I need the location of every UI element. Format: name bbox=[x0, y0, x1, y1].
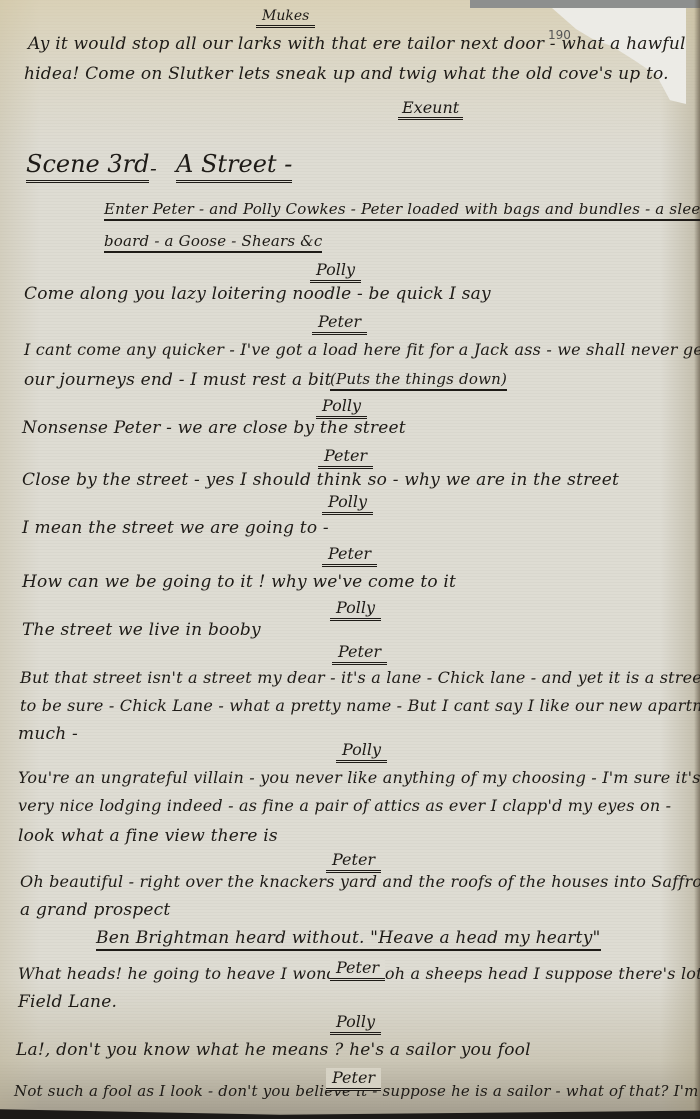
stage-direction-enter: Enter Peter - and Polly Cowkes - Peter l… bbox=[104, 200, 700, 221]
stage-direction-enter: board - a Goose - Shears &c bbox=[104, 232, 322, 253]
speaker-polly: Polly bbox=[336, 740, 387, 763]
dialogue-line: But that street isn't a street my dear -… bbox=[20, 668, 700, 687]
speaker-peter: Peter bbox=[312, 312, 367, 335]
dialogue-line: Nonsense Peter - we are close by the str… bbox=[22, 418, 406, 438]
dialogue-line: Field Lane. bbox=[18, 992, 117, 1012]
dialogue-line: a grand prospect bbox=[20, 900, 170, 920]
manuscript-page: 190 Mukes Ay it would stop all our larks… bbox=[0, 0, 700, 1119]
speaker-polly: Polly bbox=[310, 260, 361, 283]
page-edge-shadow bbox=[694, 0, 700, 1119]
dialogue-line: much - bbox=[18, 724, 78, 744]
scene-number: Scene 3rd bbox=[26, 150, 149, 183]
scene-setting: A Street - bbox=[176, 150, 292, 183]
dialogue-line: hidea! Come on Slutker lets sneak up and… bbox=[24, 64, 669, 84]
dialogue-line: Oh beautiful - right over the knackers y… bbox=[20, 872, 700, 891]
speaker-peter: Peter bbox=[326, 850, 381, 873]
torn-corner bbox=[552, 8, 686, 104]
speaker-peter: Peter bbox=[332, 642, 387, 665]
dialogue-line: La!, don't you know what he means ? he's… bbox=[16, 1040, 531, 1060]
dialogue-line: Come along you lazy loitering noodle - b… bbox=[24, 284, 491, 304]
stage-direction: (Puts the things down) bbox=[330, 370, 507, 391]
speaker-peter: Peter bbox=[330, 958, 385, 981]
dialogue-line: very nice lodging indeed - as fine a pai… bbox=[18, 796, 671, 815]
speaker-polly: Polly bbox=[330, 598, 381, 621]
dialogue-line: to be sure - Chick Lane - what a pretty … bbox=[20, 696, 700, 715]
speaker-mukes: Mukes bbox=[256, 8, 315, 28]
dialogue-line: Close by the street - yes I should think… bbox=[22, 470, 619, 490]
speaker-polly: Polly bbox=[322, 492, 373, 515]
dialogue-line: our journeys end - I must rest a bit bbox=[24, 370, 332, 390]
stage-direction-offstage: Ben Brightman heard without. "Heave a he… bbox=[96, 928, 601, 951]
speaker-peter: Peter bbox=[322, 544, 377, 567]
scene-separator: - bbox=[150, 156, 157, 180]
speaker-peter: Peter bbox=[318, 446, 373, 469]
dialogue-line: How can we be going to it ! why we've co… bbox=[22, 572, 456, 592]
page-bottom-edge bbox=[0, 1105, 700, 1119]
dialogue-line: I mean the street we are going to - bbox=[22, 518, 329, 538]
speaker-polly: Polly bbox=[330, 1012, 381, 1035]
dialogue-line: You're an ungrateful villain - you never… bbox=[18, 768, 700, 787]
dialogue-line: I cant come any quicker - I've got a loa… bbox=[24, 340, 700, 359]
speaker-polly: Polly bbox=[316, 396, 367, 419]
speaker-peter: Peter bbox=[326, 1068, 381, 1091]
binding-edge bbox=[470, 0, 700, 8]
dialogue-line: Ay it would stop all our larks with that… bbox=[28, 34, 686, 54]
exit-direction: Exeunt bbox=[398, 98, 463, 120]
dialogue-line: look what a fine view there is bbox=[18, 826, 278, 846]
dialogue-line: The street we live in booby bbox=[22, 620, 261, 640]
